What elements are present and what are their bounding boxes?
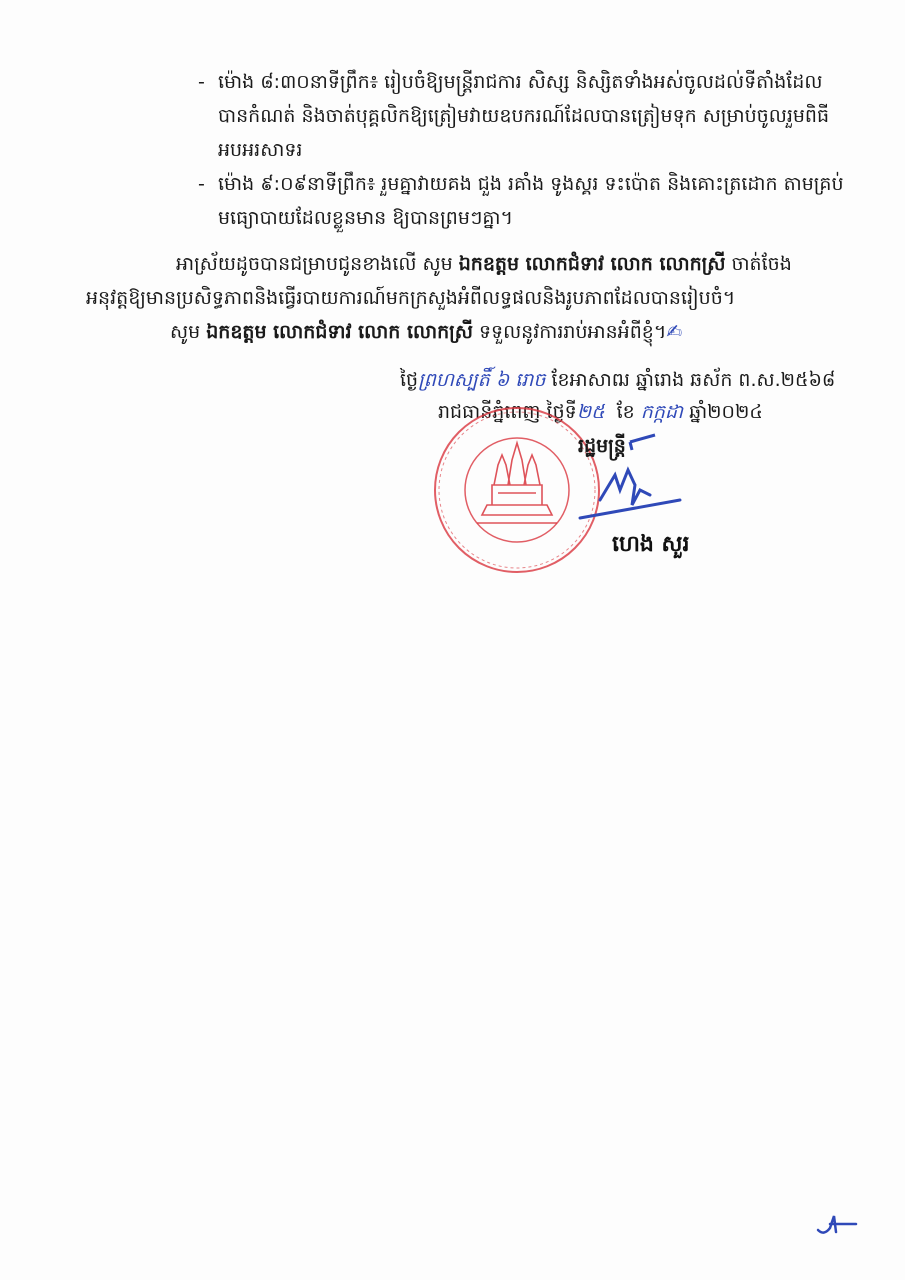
closing-text: ចាត់ចែង [725,253,791,275]
bullet-marker: - [198,168,205,200]
closing-para-2: សូម ឯកឧត្តម លោកជំទាវ លោក លោកស្រី ទទួលនូវ… [170,316,682,348]
solar-month-label: ខែ [617,401,635,423]
closing-text: ទទួលនូវការរាប់អានអំពីខ្ញុំ។ [473,321,666,343]
bullet-1-line-3: អបអរសាទរ [218,134,302,166]
bullet-2-line-1: ម៉ោង ៩:០៩នាទីព្រឹក៖ រួមគ្នាវាយគង ជួង រគា… [218,168,844,200]
bullet-2-line-2: មធ្យោបាយដែលខ្លួនមាន ឱ្យបានព្រមៗគ្នា។ [218,202,513,234]
closing-text: សូម [170,321,206,343]
solar-month-handwritten: កក្កដា [641,401,683,423]
closing-para-1-line-2: អនុវត្តឱ្យមានប្រសិទ្ធភាពនិងធ្វើរបាយការណ៍… [86,282,735,314]
signature-icon [560,430,690,530]
lunar-date-handwritten: ព្រហស្បតិ៍ ៦ រោច [418,369,545,391]
closing-para-1-line-1: អាស្រ័យដូចបានជម្រាបជូនខាងលើ សូម ឯកឧត្តម … [176,248,792,280]
bullet-marker: - [198,66,205,98]
addressee-titles: ឯកឧត្តម លោកជំទាវ លោក លោកស្រី [206,321,473,343]
document-page: - ម៉ោង ៨:៣០នាទីព្រឹក៖ រៀបចំឱ្យមន្ត្រីរាជ… [0,0,905,1280]
closing-text: អាស្រ័យដូចបានជម្រាបជូនខាងលើ សូម [176,253,459,275]
lunar-date: ថ្ងៃព្រហស្បតិ៍ ៦ រោច ខែអាសាឍ ឆ្នាំរោង ឆស… [400,364,835,396]
handwritten-initial-icon: ✍ [666,321,682,343]
lunar-date-prefix: ថ្ងៃ [400,369,418,391]
addressee-titles: ឯកឧត្តម លោកជំទាវ លោក លោកស្រី [459,253,726,275]
bullet-1-line-2: បានកំណត់ និងចាត់បុគ្គលិកឱ្យត្រៀមវាយឧបករណ… [218,100,829,132]
solar-year: ឆ្នាំ២០២៤ [689,401,763,423]
lunar-date-suffix: ខែអាសាឍ ឆ្នាំរោង ឆស័ក ព.ស.២៥៦៨ [551,369,835,391]
bullet-1-line-1: ម៉ោង ៨:៣០នាទីព្រឹក៖ រៀបចំឱ្យមន្ត្រីរាជកា… [218,66,822,98]
page-initial-icon [812,1210,862,1240]
signatory-name: ហេង សួរ [612,530,689,562]
